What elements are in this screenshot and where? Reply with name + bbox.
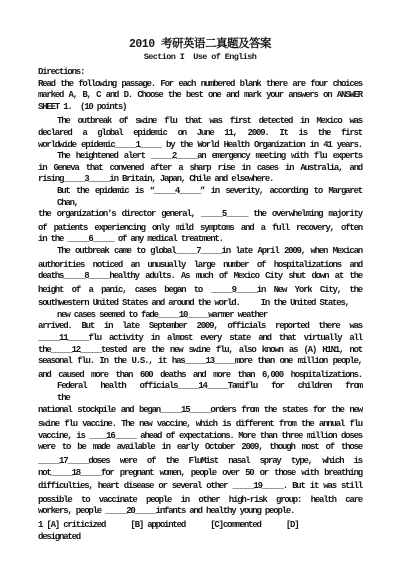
passage-line: Read the following passage. For each num…: [38, 79, 362, 91]
passage-line: 1 [A] criticized [B] appointed [C]commen…: [38, 520, 362, 532]
passage-line: the: [38, 393, 362, 405]
passage-line: authorities noticed an unusually large n…: [38, 260, 362, 272]
document-page: 2010 考研英语二真题及答案 Section I Use of English…: [0, 0, 400, 566]
passage-line: arrived. But in late September 2009, off…: [38, 321, 362, 333]
passage-line: the_____12_____tested are the new swine …: [38, 345, 362, 357]
passage-line: declared a global epidemic on June 11, 2…: [38, 128, 362, 140]
passage-line: worldwide epidemic_____1_____ by the Wor…: [38, 140, 362, 152]
passage-line: swine flu vaccine. The new vaccine, whic…: [38, 419, 362, 431]
passage-line: height of a panic, cases began to _____9…: [38, 285, 362, 297]
passage-line: were to be made available in early Octob…: [38, 442, 362, 454]
passage-line: designated: [38, 532, 362, 544]
passage-line: Federal health officials_____14_____Tami…: [38, 381, 362, 393]
section-heading: Section I Use of English: [0, 52, 400, 63]
passage-line: in Geneva that convened after a sharp ri…: [38, 163, 362, 175]
passage-line: marked A, B, C and D. Choose the best on…: [38, 90, 362, 102]
passage-line: But the epidemic is “_____4_____” in sev…: [38, 186, 362, 209]
passage-line: the organization's director general, ___…: [38, 209, 362, 221]
passage-line: difficulties, heart disease or several o…: [38, 481, 362, 493]
passage-line: not_____18_____for pregnant women, peopl…: [38, 468, 362, 480]
passage-line: and caused more than 600 deaths and more…: [38, 370, 362, 382]
passage-line: new cases seemed to fade_____10_____warm…: [38, 310, 362, 322]
passage-line: possible to vaccinate people in other hi…: [38, 495, 362, 507]
passage-line: vaccine, is ____16_____ ahead of expecta…: [38, 431, 362, 443]
passage-line: seasonal flu. In the U.S., it has_____13…: [38, 356, 362, 368]
passage-line: The outbreak of swine flu that was first…: [38, 116, 362, 128]
page-title: 2010 考研英语二真题及答案: [0, 38, 400, 52]
passage-line: Directions:: [38, 67, 362, 79]
passage-line: in the _____6_____ of any medical treatm…: [38, 234, 362, 246]
passage-line: SHEET 1. (10 points): [38, 102, 362, 114]
passage-line: The outbreak came to global_____7_____in…: [38, 246, 362, 258]
passage-line: of patients experiencing only mild sympt…: [38, 223, 362, 235]
passage-line: The heightened alert _____2_____an emerg…: [38, 151, 362, 163]
passage-line: rising_____3_____in Britain, Japan, Chil…: [38, 174, 362, 186]
passage-line: national stockpile and began_____15_____…: [38, 405, 362, 417]
passage-line: southwestern United States and around th…: [38, 298, 362, 310]
passage-line: _____17_____doses were of the FluMist na…: [38, 456, 362, 468]
passage-line: _____11_____flu activity in almost every…: [38, 333, 362, 345]
passage-line: deaths_____8_____healthy adults. As much…: [38, 271, 362, 283]
passage-body: Directions:Read the following passage. F…: [38, 67, 362, 543]
passage-line: workers, people _____20_____infants and …: [38, 506, 362, 518]
